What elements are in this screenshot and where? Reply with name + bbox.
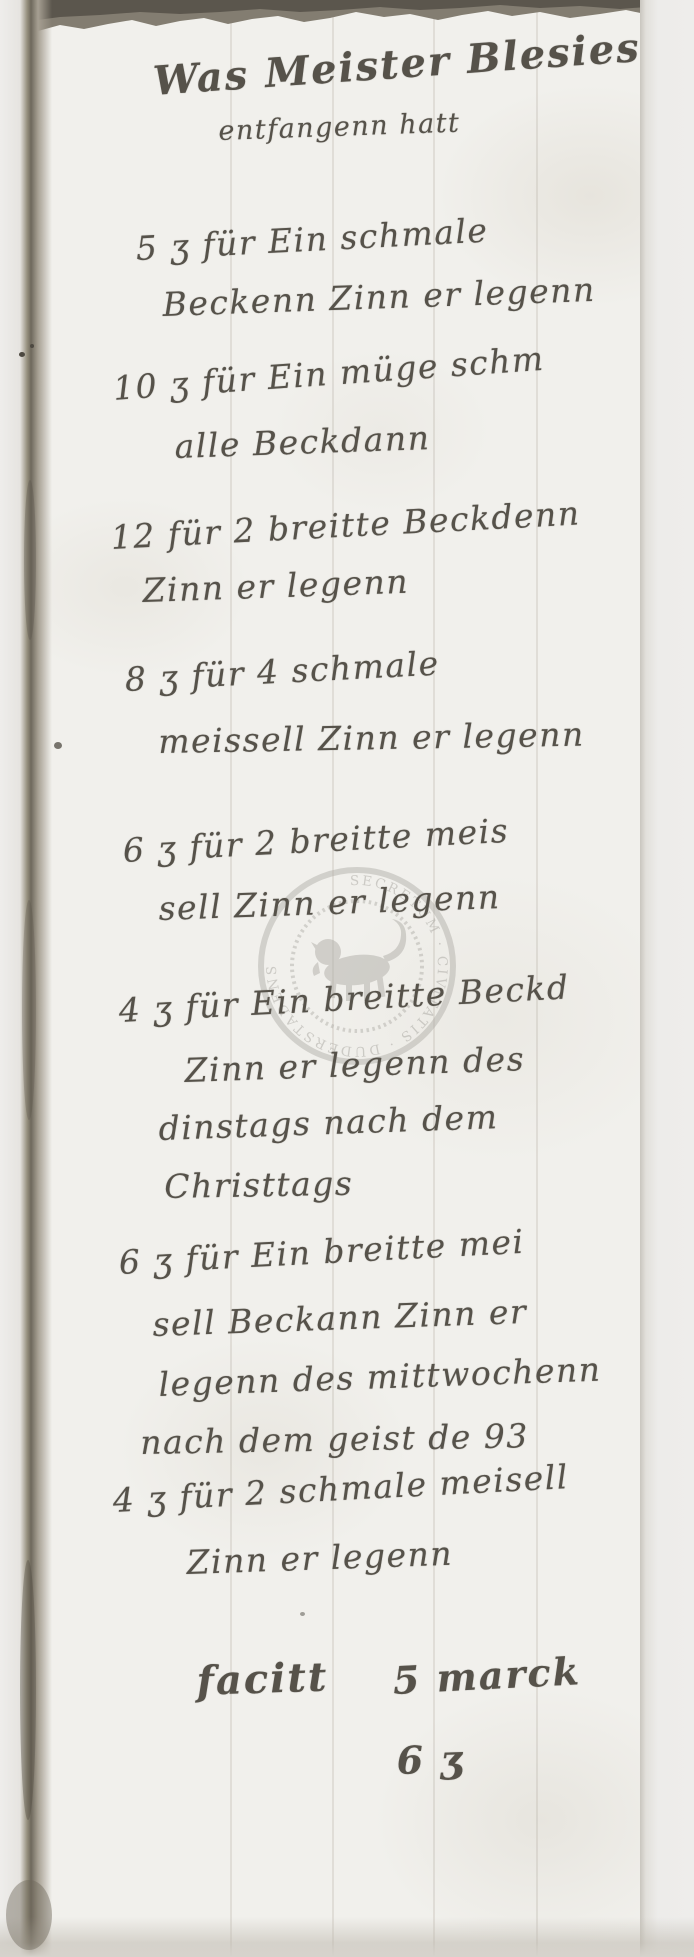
entry-6-line-4: Christtags: [164, 1167, 354, 1203]
entry-5-line-1: 6 ʒ für 2 breitte meis: [122, 814, 510, 867]
entry-8-line-2: Zinn er legenn: [186, 1537, 454, 1579]
binding-smudge: [20, 1560, 36, 1820]
entry-4-line-1: 8 ʒ für 4 schmale: [124, 647, 440, 696]
total-label: facitt: [196, 1657, 329, 1702]
entry-6-line-1: 4 ʒ für Ein breitte Beckd: [118, 970, 570, 1027]
entry-6-line-3: dinstags nach dem: [158, 1100, 499, 1145]
binding-smudge: [24, 480, 36, 640]
ink-speck: [30, 344, 34, 348]
entry-3-line-2: Zinn er legenn: [142, 565, 410, 607]
entry-8-line-1: 4 ʒ für 2 schmale meisell: [112, 1460, 570, 1517]
entry-7-line-1: 6 ʒ für Ein breitte mei: [118, 1225, 525, 1279]
ink-speck: [300, 1612, 305, 1616]
corner-smudge: [6, 1880, 52, 1950]
entry-1-line-1: 5 ʒ für Ein schmale: [135, 214, 489, 265]
entry-2-line-2: alle Beckdann: [174, 421, 431, 463]
total-amount-schilling: 6 ʒ: [396, 1740, 465, 1780]
entry-5-line-2: sell Zinn er legenn: [158, 880, 501, 925]
entry-4-line-2: meissell Zinn er legenn: [158, 718, 585, 758]
heading-line-2: entfangenn hatt: [218, 110, 461, 145]
page-bottom-edge: [0, 1917, 694, 1957]
binding-smudge: [22, 900, 36, 1120]
ink-speck: [19, 352, 25, 357]
entry-7-line-2: sell Beckann Zinn er: [152, 1295, 528, 1341]
entry-1-line-2: Beckenn Zinn er legenn: [162, 273, 596, 321]
binding-edge: [0, 0, 52, 1957]
manuscript-page: SECRETUM · CIVITATIS · DUDERSTADENSIS · …: [0, 0, 694, 1957]
entry-7-line-4: nach dem geist de 93: [140, 1419, 529, 1459]
page-right-gutter: [640, 0, 694, 1957]
entry-2-line-1: 10 ʒ für Ein müge schm: [112, 342, 546, 405]
total-amount-marks: 5 marck: [392, 1652, 582, 1700]
ink-speck: [54, 742, 62, 749]
page-top-edge: [0, 0, 694, 40]
entry-6-line-2: Zinn er legenn des: [184, 1042, 526, 1087]
entry-3-line-1: 12 für 2 breitte Beckdenn: [110, 496, 581, 554]
